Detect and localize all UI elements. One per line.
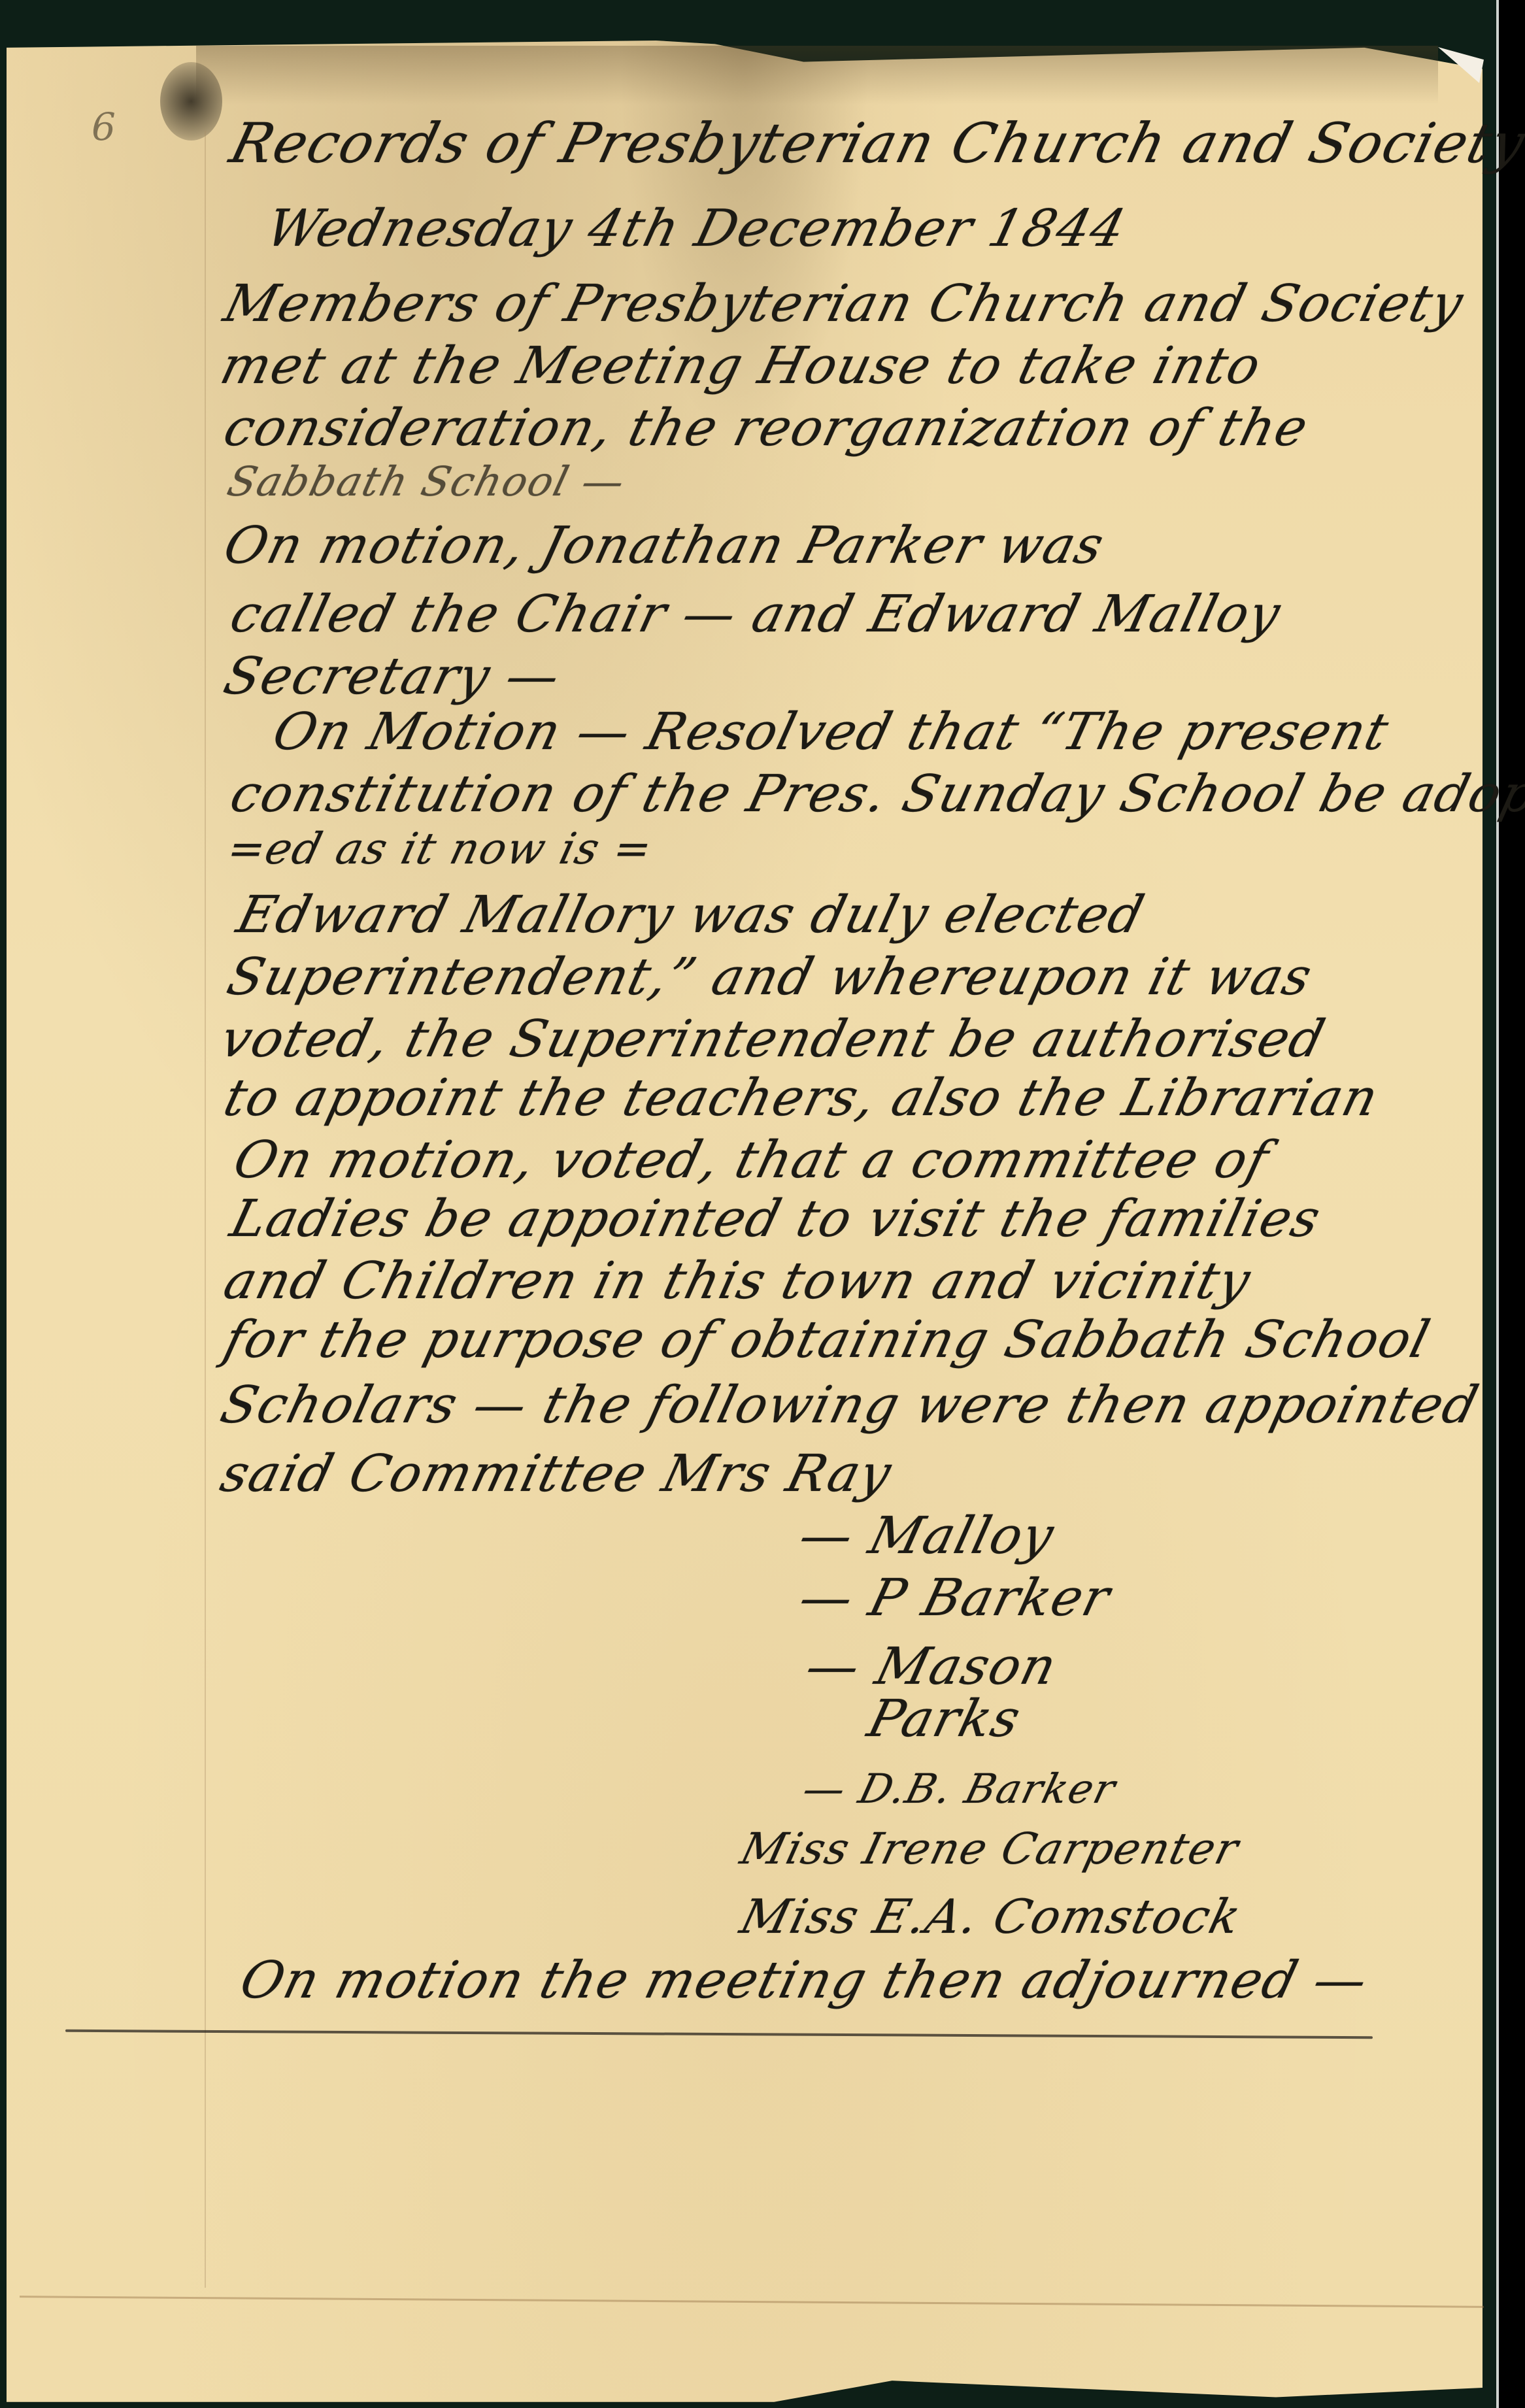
page-title: Records of Presbyterian Church and Socie…: [224, 111, 1525, 175]
text-line: constitution of the Pres. Sunday School …: [225, 765, 1525, 824]
text-line: Superintendent,” and whereupon it was: [222, 948, 1318, 1007]
text-line: Scholars — the following were then appoi…: [215, 1376, 1485, 1435]
text-line: On motion, voted, that a committee of: [228, 1131, 1275, 1190]
committee-member: — P Barker: [794, 1569, 1116, 1628]
text-line: Wednesday 4th December 1844: [261, 199, 1132, 258]
page-number-mark: 6: [92, 105, 116, 149]
committee-member: Miss Irene Carpenter: [735, 1824, 1244, 1874]
text-line: Ladies be appointed to visit the familie…: [225, 1190, 1327, 1248]
top-edge-stain: [196, 46, 1438, 105]
committee-member: — Malloy: [794, 1507, 1061, 1565]
text-line: to appoint the teachers, also the Librar…: [218, 1069, 1385, 1128]
text-line: said Committee Mrs Ray: [215, 1445, 898, 1503]
text-line: Secretary —: [218, 647, 567, 706]
margin-rule-line: [205, 131, 206, 2288]
closing-line: On motion the meeting then adjourned —: [235, 1951, 1375, 2010]
committee-member: — Mason: [800, 1637, 1064, 1696]
committee-member: Miss E.A. Comstock: [735, 1889, 1248, 1944]
text-line: voted, the Superintendent be authorised: [215, 1010, 1332, 1069]
committee-member: — D.B. Barker: [798, 1765, 1121, 1813]
committee-member: Parks: [862, 1690, 1028, 1748]
text-line: for the purpose of obtaining Sabbath Sch…: [218, 1311, 1437, 1369]
scan-border-strip: [1499, 0, 1525, 2408]
ink-blot: [160, 62, 222, 141]
text-line: =ed as it now is =: [222, 824, 658, 874]
text-line: called the Chair — and Edward Malloy: [225, 585, 1287, 644]
text-line: On Motion — Resolved that “The present: [267, 703, 1396, 761]
text-line: Edward Mallory was duly elected: [231, 886, 1150, 945]
text-line: consideration, the reorganization of the: [218, 399, 1315, 458]
text-line: and Children in this town and vicinity: [218, 1252, 1257, 1311]
text-line: met at the Meeting House to take into: [215, 337, 1267, 395]
text-line: On motion, Jonathan Parker was: [218, 516, 1111, 575]
text-line: Members of Presbyterian Church and Socie…: [218, 275, 1470, 333]
text-line: Sabbath School —: [223, 458, 631, 505]
